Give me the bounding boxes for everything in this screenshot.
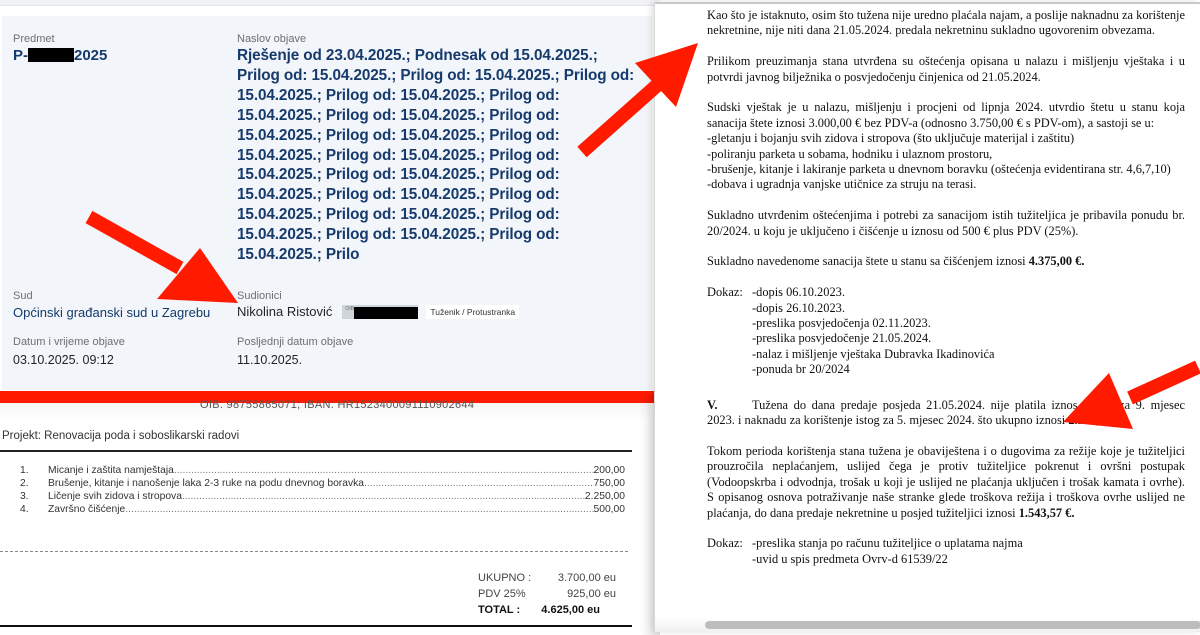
paragraph: Sudski vještak je u nalazu, mišljenju i …: [707, 100, 1185, 131]
list-item: -dobava i ugradnja vanjske utičnice za s…: [707, 177, 1185, 192]
participant-role-badge: Tuženik / Protustranka: [426, 305, 519, 319]
amount-bold: 4.375,00 €.: [1029, 254, 1085, 268]
predmet-label: Predmet: [13, 33, 55, 45]
divider: [0, 625, 632, 627]
document-body: Kao što je istaknuto, osim što tužena ni…: [707, 8, 1185, 583]
invoice-document: OIB: 98755865071; IBAN: HR15234000911109…: [0, 403, 650, 635]
evidence-list: Dokaz:-dopis 06.10.2023. -dopis 26.10.20…: [707, 285, 1185, 377]
court-notice-card: Predmet P-2025 Naslov objave Rješenje od…: [2, 16, 652, 390]
court-link[interactable]: Općinski građanski sud u Zagrebu: [13, 305, 210, 320]
paragraph: Kao što je istaknuto, osim što tužena ni…: [707, 8, 1185, 39]
datum-value: 03.10.2025. 09:12: [13, 353, 114, 367]
pdv-row: PDV 25%925,00 eu: [478, 586, 616, 602]
amount-bold: 2.300,00 €.: [1068, 413, 1124, 427]
list-item: -dopis 26.10.2023.: [707, 301, 1185, 316]
amount-bold: 1.543,57 €.: [1019, 506, 1075, 520]
paragraph: Sukladno utvrđenim oštećenjima i potrebi…: [707, 208, 1185, 239]
naslov-label: Naslov objave: [237, 33, 306, 45]
list-item: -preslika posvjedočenje 21.05.2024.: [707, 331, 1185, 346]
horizontal-scrollbar[interactable]: [705, 621, 1200, 629]
list-item: -preslika posvjedočenja 02.11.2023.: [707, 316, 1185, 331]
legal-document-viewer[interactable]: Kao što je istaknuto, osim što tužena ni…: [654, 2, 1200, 632]
ukupno-row: UKUPNO :3.700,00 eu: [478, 570, 616, 586]
invoice-totals: UKUPNO :3.700,00 eu PDV 25%925,00 eu TOT…: [478, 570, 616, 618]
evidence-list: Dokaz:-preslika stanja po računu tužitel…: [707, 536, 1185, 567]
window-top-edge: [655, 2, 1200, 4]
list-item: -uvid u spis predmeta Ovrv-d 61539/22: [707, 552, 1185, 567]
oib-label: OIB: [345, 306, 354, 312]
redaction-block: [354, 307, 418, 319]
datum-label: Datum i vrijeme objave: [13, 336, 125, 348]
case-number[interactable]: P-2025: [13, 47, 107, 64]
participant-row: Nikolina Ristović OIB Tuženik / Protustr…: [237, 304, 519, 319]
sudionici-label: Sudionici: [237, 290, 282, 302]
damage-list: Sudski vještak je u nalazu, mišljenju i …: [707, 100, 1185, 192]
invoice-item: 3.Ličenje svih zidova i stropova2.250,00: [20, 490, 625, 503]
list-item: -nalaz i mišljenje vještaka Dubravka Ika…: [707, 347, 1185, 362]
list-item: -poliranju parketa u sobama, hodniku i u…: [707, 147, 1185, 162]
total-row: TOTAL :4.625,00 eu: [478, 602, 616, 618]
list-item: -brušenje, kitanje i lakiranje parketa u…: [707, 162, 1185, 177]
dokaz-label: Dokaz:: [707, 285, 752, 300]
oib-chip: OIB: [342, 305, 418, 319]
paragraph: Sukladno navedenome sanacija štete u sta…: [707, 254, 1185, 269]
redaction-block: [28, 48, 74, 62]
invoice-oib-iban: OIB: 98755865071; IBAN: HR15234000911109…: [200, 399, 474, 411]
invoice-item: 4.Završno čišćenje500,00: [20, 503, 625, 516]
divider: [0, 450, 632, 452]
window-top-edge: [0, 0, 660, 6]
dokaz-label: Dokaz:: [707, 536, 752, 551]
paragraph: Prilikom preuzimanja stana utvrđena su o…: [707, 54, 1185, 85]
case-number-prefix: P-: [13, 47, 28, 64]
zadnji-datum-label: Posljednji datum objave: [237, 336, 353, 348]
participant-name: Nikolina Ristović: [237, 304, 332, 319]
list-item: -preslika stanja po računu tužiteljice o…: [752, 536, 1023, 551]
invoice-project-title: Projekt: Renovacija poda i soboslikarski…: [2, 430, 239, 442]
invoice-item: 2.Brušenje, kitanje i nanošenje laka 2-3…: [20, 477, 625, 490]
invoice-item: 1.Micanje i zaštita namještaja200,00: [20, 464, 625, 477]
zadnji-datum-value: 11.10.2025.: [237, 353, 302, 367]
paragraph: V.Tužena do dana predaje posjeda 21.05.2…: [707, 398, 1185, 429]
list-item: -ponuda br 20/2024: [707, 362, 1185, 377]
notice-title[interactable]: Rješenje od 23.04.2025.; Podnesak od 15.…: [237, 46, 642, 265]
section-number: V.: [707, 398, 752, 413]
list-item: -gletanju i bojanju svih zidova i stropo…: [707, 131, 1185, 146]
invoice-items-list: 1.Micanje i zaštita namještaja200,00 2.B…: [20, 464, 625, 516]
divider: [0, 551, 628, 552]
case-number-suffix: 2025: [74, 47, 107, 64]
sud-label: Sud: [13, 290, 33, 302]
paragraph: Tokom perioda korištenja stana tužena je…: [707, 444, 1185, 521]
list-item: -dopis 06.10.2023.: [752, 285, 845, 300]
